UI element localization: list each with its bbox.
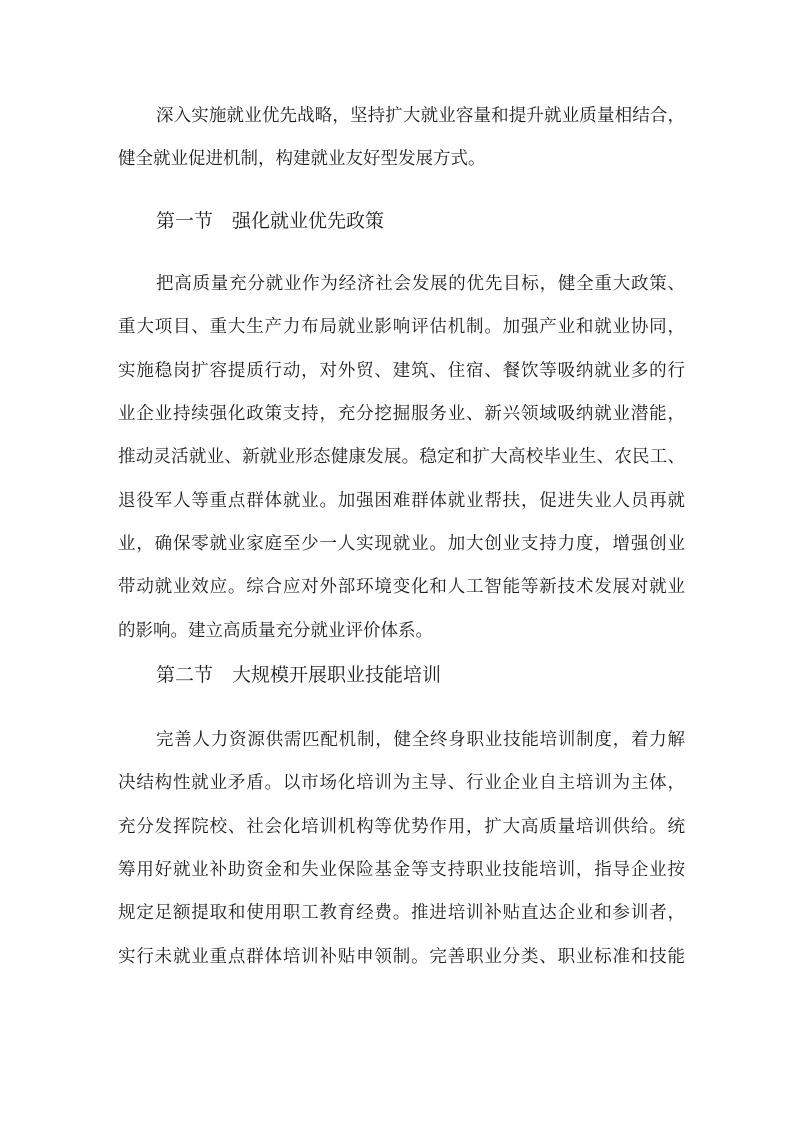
text-line: 把高质量充分就业作为经济社会发展的优先目标，健全重大政策、 bbox=[118, 262, 685, 305]
text-line: 充分发挥院校、社会化培训机构等优势作用，扩大高质量培训供给。统 bbox=[118, 805, 685, 848]
text-line: 带动就业效应。综合应对外部环境变化和人工智能等新技术发展对就业 bbox=[118, 565, 685, 608]
text-line: 深入实施就业优先战略，坚持扩大就业容量和提升就业质量相结合， bbox=[118, 94, 685, 137]
text-line: 实施稳岗扩容提质行动，对外贸、建筑、住宿、餐饮等吸纳就业多的行 bbox=[118, 349, 685, 392]
text-line: 的影响。建立高质量充分就业评价体系。 bbox=[118, 609, 685, 652]
text-line: 实行未就业重点群体培训补贴申领制。完善职业分类、职业标准和技能 bbox=[118, 935, 685, 978]
text-line: 推动灵活就业、新就业形态健康发展。稳定和扩大高校毕业生、农民工、 bbox=[118, 435, 685, 478]
text-line: 完善人力资源供需匹配机制，健全终身职业技能培训制度，着力解 bbox=[118, 718, 685, 761]
paragraph: 完善人力资源供需匹配机制，健全终身职业技能培训制度，着力解 决结构性就业矛盾。以… bbox=[118, 718, 685, 978]
section-heading: 第一节 强化就业优先政策 bbox=[118, 200, 685, 243]
text-line: 业企业持续强化政策支持，充分挖掘服务业、新兴领域吸纳就业潜能， bbox=[118, 392, 685, 435]
paragraph: 把高质量充分就业作为经济社会发展的优先目标，健全重大政策、 重大项目、重大生产力… bbox=[118, 262, 685, 652]
section-heading: 第二节 大规模开展职业技能培训 bbox=[118, 654, 685, 697]
paragraph: 深入实施就业优先战略，坚持扩大就业容量和提升就业质量相结合， 健全就业促进机制，… bbox=[118, 94, 685, 181]
text-line: 健全就业促进机制，构建就业友好型发展方式。 bbox=[118, 137, 685, 180]
text-line: 规定足额提取和使用职工教育经费。推进培训补贴直达企业和参训者， bbox=[118, 891, 685, 934]
text-line: 重大项目、重大生产力布局就业影响评估机制。加强产业和就业协同， bbox=[118, 305, 685, 348]
section-heading-text: 第一节 强化就业优先政策 bbox=[118, 200, 685, 243]
text-line: 退役军人等重点群体就业。加强困难群体就业帮扶，促进失业人员再就 bbox=[118, 479, 685, 522]
text-line: 决结构性就业矛盾。以市场化培训为主导、行业企业自主培训为主体， bbox=[118, 761, 685, 804]
document-page: 深入实施就业优先战略，坚持扩大就业容量和提升就业质量相结合， 健全就业促进机制，… bbox=[0, 0, 793, 1122]
section-heading-text: 第二节 大规模开展职业技能培训 bbox=[118, 654, 685, 697]
text-line: 筹用好就业补助资金和失业保险基金等支持职业技能培训，指导企业按 bbox=[118, 848, 685, 891]
text-line: 业，确保零就业家庭至少一人实现就业。加大创业支持力度，增强创业 bbox=[118, 522, 685, 565]
